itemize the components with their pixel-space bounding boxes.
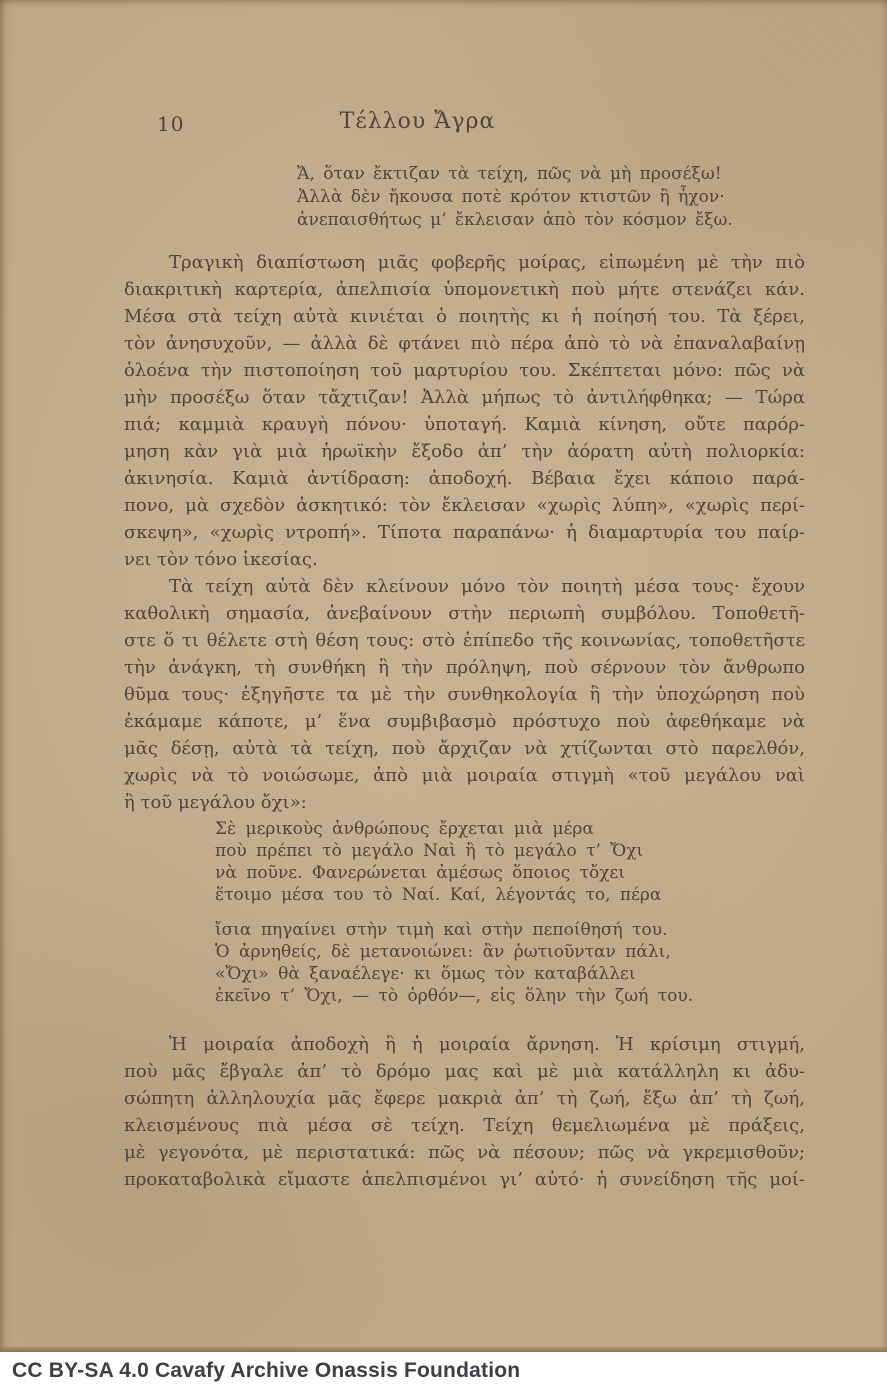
text-line: θῦμα τους· ἐξηγῆστε τα μὲ τὴν συνθηκολογ… [124,681,805,708]
body-text-lower: Ἡ μοιραία ἀποδοχὴ ἢ ἡ μοιραία ἄρνηση. Ἡ … [124,1031,805,1193]
text-line: Ὁ ἀρνηθείς, δὲ μετανοιώνει: ἂν ῥωτιοῦντα… [215,941,693,963]
text-line: τὸν ἀνησυχοῦν, — ἀλλὰ δὲ φτάνει πιὸ πέρα… [124,330,805,357]
text-line: ἀνεπαισθήτως μ’ ἔκλεισαν ἀπὸ τὸν κόσμον … [297,209,733,232]
text-line: μᾶς δέσῃ, αὐτὰ τὰ τείχη, ποὺ ἄρχιζαν νὰ … [124,735,805,762]
text-line: ποὺ πρέπει τὸ μεγάλο Ναὶ ἢ τὸ μεγάλο τ’ … [215,840,693,862]
text-line: σώπητη ἀλληλουχία μᾶς ἔφερε μακριὰ ἀπ’ τ… [124,1085,805,1112]
text-line: στε ὅ τι θέλετε στὴ θέση τους: στὸ ἐπίπε… [124,627,805,654]
text-line: «Ὄχι» θὰ ξαναέλεγε· κι ὅμως τὸν καταβάλλ… [215,963,693,985]
text-line: ἐκάμαμε κάποτε, μ’ ἕνα συμβιβασμὸ πρόστυ… [124,708,805,735]
paper-surface: 10 Τέλλου Ἄγρα Ἄ, ὅταν ἔκτιζαν τὰ τείχη,… [0,0,887,1352]
text-line: ποὺ μᾶς ἔβγαλε ἀπ’ τὸ δρόμο μας καὶ μὲ μ… [124,1058,805,1085]
text-line: πιά; καμμιὰ κραυγὴ πόνου· ὑποταγή. Καμιὰ… [124,411,805,438]
text-line: κλεισμένους πιὰ μέσα σὲ τείχη. Τείχη θεμ… [124,1112,805,1139]
epigraph-verse: Ἄ, ὅταν ἔκτιζαν τὰ τείχη, πῶς νὰ μὴ προσ… [297,163,733,232]
text-line: μηση κὰν γιὰ μιὰ ἡρωϊκὴν ἔξοδο ἀπ’ τὴν ἀ… [124,438,805,465]
text-line: διακριτικὴ καρτερία, ἀπελπισία ὑπομονετι… [124,276,805,303]
license-bar: CC BY-SA 4.0 Cavafy Archive Onassis Foun… [0,1352,887,1390]
text-line: ἕτοιμο μέσα του τὸ Ναί. Καί, λέγοντάς το… [215,884,693,906]
text-line: Ἄ, ὅταν ἔκτιζαν τὰ τείχη, πῶς νὰ μὴ προσ… [297,163,733,186]
license-text: CC BY-SA 4.0 Cavafy Archive Onassis Foun… [12,1359,520,1383]
quoted-poem: Σὲ μερικοὺς ἀνθρώπους ἔρχεται μιὰ μέραπο… [215,818,693,1007]
text-line: ὁλοένα τὴν πιστοποίηση τοῦ μαρτυρίου του… [124,357,805,384]
text-line: καθολικὴ σημασία, ἀνεβαίνουν στὴν περιωπ… [124,600,805,627]
text-line: χωρὶς νὰ τὸ νοιώσωμε, ἀπὸ μιὰ μοιραία στ… [124,762,805,789]
text-line: Ἀλλὰ δὲν ἤκουσα ποτὲ κρότον κτιστῶν ἢ ἦχ… [297,186,733,209]
paragraph-2: Τὰ τείχη αὐτὰ δὲν κλείνουν μόνο τὸν ποιη… [124,573,805,816]
text-line: νει τὸν τόνο ἱκεσίας. [124,546,805,573]
text-line: Τραγικὴ διαπίστωση μιᾶς φοβερῆς μοίρας, … [124,249,805,276]
body-text-upper: Τραγικὴ διαπίστωση μιᾶς φοβερῆς μοίρας, … [124,249,805,816]
text-line: πονο, μὰ σχεδὸν ἀσκητικό: τὸν ἔκλεισαν «… [124,492,805,519]
poem-stanza-1: Σὲ μερικοὺς ἀνθρώπους ἔρχεται μιὰ μέραπο… [215,818,693,906]
text-line: ἢ τοῦ μεγάλου ὄχι»: [124,789,805,816]
text-line: Ἡ μοιραία ἀποδοχὴ ἢ ἡ μοιραία ἄρνηση. Ἡ … [124,1031,805,1058]
running-header: Τέλλου Ἄγρα [300,109,535,134]
text-line: Σὲ μερικοὺς ἀνθρώπους ἔρχεται μιὰ μέρα [215,818,693,840]
paragraph-1: Τραγικὴ διαπίστωση μιᾶς φοβερῆς μοίρας, … [124,249,805,573]
scanned-book-page: 10 Τέλλου Ἄγρα Ἄ, ὅταν ἔκτιζαν τὰ τείχη,… [0,0,887,1390]
text-line: τὴν ἀνάγκη, τὴ συνθήκη ἢ τὴν πρόληψη, πο… [124,654,805,681]
text-line: ἴσια πηγαίνει στὴν τιμὴ καὶ στὴν πεποίθη… [215,919,693,941]
text-line: ἀκινησία. Καμιὰ ἀντίδραση: ἀποδοχή. Βέβα… [124,465,805,492]
text-line: σκεψη», «χωρὶς ντροπή». Τίποτα παραπάνω·… [124,519,805,546]
text-line: Μέσα στὰ τείχη αὐτὰ κινιέται ὁ ποιητὴς κ… [124,303,805,330]
text-line: μὲ γεγονότα, μὲ περιστατικά: πῶς νὰ πέσο… [124,1139,805,1166]
page-number: 10 [157,112,184,136]
paragraph-3: Ἡ μοιραία ἀποδοχὴ ἢ ἡ μοιραία ἄρνηση. Ἡ … [124,1031,805,1193]
text-line: Τὰ τείχη αὐτὰ δὲν κλείνουν μόνο τὸν ποιη… [124,573,805,600]
text-line: ἐκεῖνο τ’ Ὄχι, — τὸ ὀρθόν—, εἰς ὅλην τὴν… [215,985,693,1007]
text-line: προκαταβολικὰ εἴμαστε ἀπελπισμένοι γι’ α… [124,1166,805,1193]
text-line: νὰ ποῦνε. Φανερώνεται ἀμέσως ὅποιος τὄχε… [215,862,693,884]
text-line: μὴν προσέξω ὅταν τἄχτιζαν! Ἀλλὰ μήπως τὸ… [124,384,805,411]
poem-stanza-2: ἴσια πηγαίνει στὴν τιμὴ καὶ στὴν πεποίθη… [215,919,693,1007]
